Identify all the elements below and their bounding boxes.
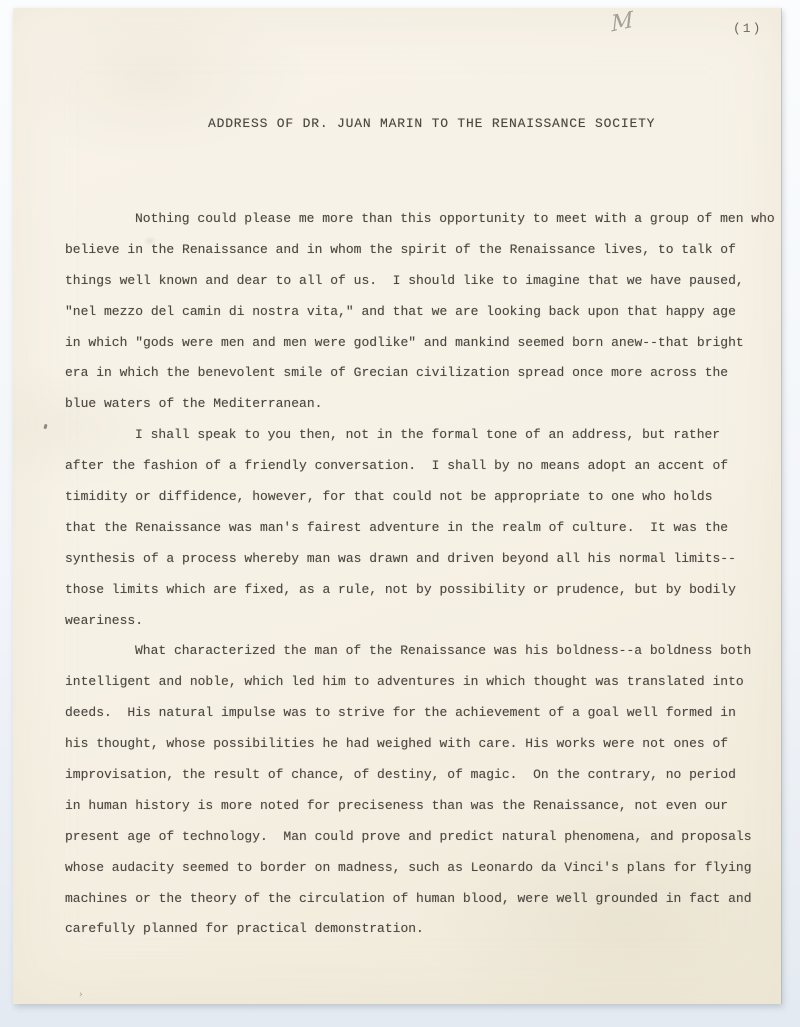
pencil-dot-annotation — [43, 424, 47, 430]
paragraph: I shall speak to you then, not in the fo… — [65, 420, 781, 636]
text-line: those limits which are fixed, as a rule,… — [65, 575, 781, 606]
text-line: after the fashion of a friendly conversa… — [65, 451, 781, 482]
document-body: Nothing could please me more than this o… — [65, 204, 781, 945]
text-line: carefully planned for practical demonstr… — [65, 914, 781, 945]
text-line: intelligent and noble, which led him to … — [65, 667, 781, 698]
text-line: What characterized the man of the Renais… — [65, 636, 781, 667]
document-page: M (1) ADDRESS OF DR. JUAN MARIN TO THE R… — [13, 8, 781, 1004]
paragraph: What characterized the man of the Renais… — [65, 636, 781, 945]
text-line: I shall speak to you then, not in the fo… — [65, 420, 781, 451]
handwritten-annotation: M — [610, 8, 634, 38]
page-number: (1) — [733, 21, 762, 36]
document-title: ADDRESS OF DR. JUAN MARIN TO THE RENAISS… — [208, 116, 655, 131]
text-line: blue waters of the Mediterranean. — [65, 389, 781, 420]
text-line: machines or the theory of the circulatio… — [65, 884, 781, 915]
text-line: timidity or diffidence, however, for tha… — [65, 482, 781, 513]
text-line: present age of technology. Man could pro… — [65, 822, 781, 853]
text-line: his thought, whose possibilities he had … — [65, 729, 781, 760]
text-line: synthesis of a process whereby man was d… — [65, 544, 781, 575]
text-line: deeds. His natural impulse was to strive… — [65, 698, 781, 729]
pencil-tick-annotation: › — [78, 990, 83, 1000]
text-line: believe in the Renaissance and in whom t… — [65, 235, 781, 266]
scanned-page-background: M (1) ADDRESS OF DR. JUAN MARIN TO THE R… — [0, 0, 800, 1027]
text-line: weariness. — [65, 606, 781, 637]
text-line: that the Renaissance was man's fairest a… — [65, 513, 781, 544]
text-line: improvisation, the result of chance, of … — [65, 760, 781, 791]
text-line: whose audacity seemed to border on madne… — [65, 853, 781, 884]
text-line: Nothing could please me more than this o… — [65, 204, 781, 235]
text-line: "nel mezzo del camin di nostra vita," an… — [65, 297, 781, 328]
text-line: in which "gods were men and men were god… — [65, 328, 781, 359]
paragraph: Nothing could please me more than this o… — [65, 204, 781, 420]
text-line: things well known and dear to all of us.… — [65, 266, 781, 297]
text-line: in human history is more noted for preci… — [65, 791, 781, 822]
text-line: era in which the benevolent smile of Gre… — [65, 358, 781, 389]
